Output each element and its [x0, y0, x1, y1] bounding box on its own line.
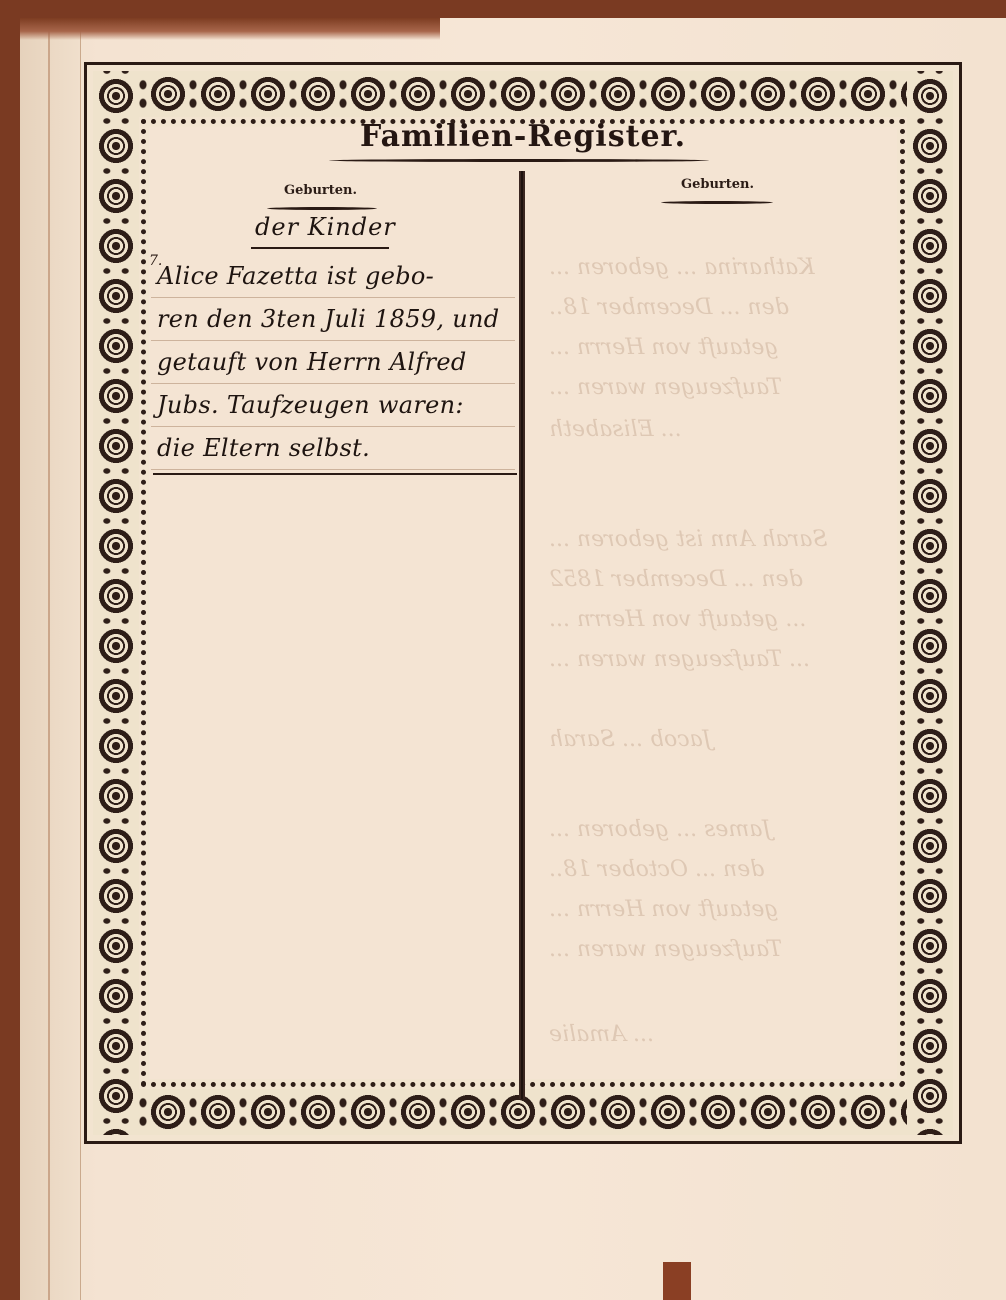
- bleed-through-text: den ... October 18..: [549, 857, 764, 882]
- bleed-through-text: Taufzeugen waren ...: [549, 375, 782, 400]
- border-ornament-left: [93, 71, 139, 1135]
- ornamental-frame: Familien-Register. Geburten. der Kinder …: [84, 62, 962, 1144]
- column-divider: [519, 171, 525, 1099]
- bleed-through-text: James ... geboren ...: [549, 817, 771, 842]
- bleed-through-text: Katharina ... geboren ...: [549, 255, 815, 280]
- entry-line: Jubs. Taufzeugen waren:: [157, 384, 517, 427]
- title-rule: [329, 159, 709, 162]
- binding-line: [48, 18, 50, 1300]
- right-column-header: Geburten.: [681, 177, 754, 192]
- border-ornament-top: [93, 71, 953, 117]
- bleed-through-text: den ... December 1852: [549, 567, 803, 592]
- bleed-through-text: ... Amalie: [549, 1022, 654, 1047]
- entry-line: Alice Fazetta ist gebo-: [157, 255, 517, 298]
- bleed-through-text: Taufzeugen waren ...: [549, 937, 782, 962]
- border-ornament-right: [907, 71, 953, 1135]
- left-header-rule: [267, 207, 377, 210]
- left-column-header: Geburten.: [284, 183, 357, 198]
- register-content: Familien-Register. Geburten. der Kinder …: [149, 127, 897, 1079]
- entry-line: ren den 3ten Juli 1859, und: [157, 298, 517, 341]
- entry-line: getauft von Herrn Alfred: [157, 341, 517, 384]
- bleed-through-text: getauft von Herrn ...: [549, 897, 778, 922]
- bleed-through-text: Jacob ... Sarah: [549, 727, 712, 752]
- birth-entry: Alice Fazetta ist gebo- ren den 3ten Jul…: [157, 255, 517, 470]
- right-header-rule: [661, 201, 773, 204]
- bleed-through-text: ... getauft von Herrn ...: [549, 607, 806, 632]
- binding-edge: [20, 18, 81, 1300]
- entry-line: die Eltern selbst.: [157, 427, 517, 470]
- bleed-through-text: ... Taufzeugen waren ...: [549, 647, 810, 672]
- left-column-subheader: der Kinder: [255, 213, 396, 241]
- bleed-through-text: Sarah Ann ist geboren ...: [549, 527, 827, 552]
- page-tear: [663, 1262, 691, 1300]
- entry-end-rule: [153, 473, 517, 475]
- bleed-through-text: getauft von Herrn ...: [549, 335, 778, 360]
- page-top-shadow: [20, 18, 440, 40]
- subheader-rule: [251, 247, 389, 249]
- bleed-through-text: den ... December 18..: [549, 295, 789, 320]
- page-title: Familien-Register.: [149, 119, 897, 154]
- bleed-through-text: ... Elisabeth: [549, 417, 682, 442]
